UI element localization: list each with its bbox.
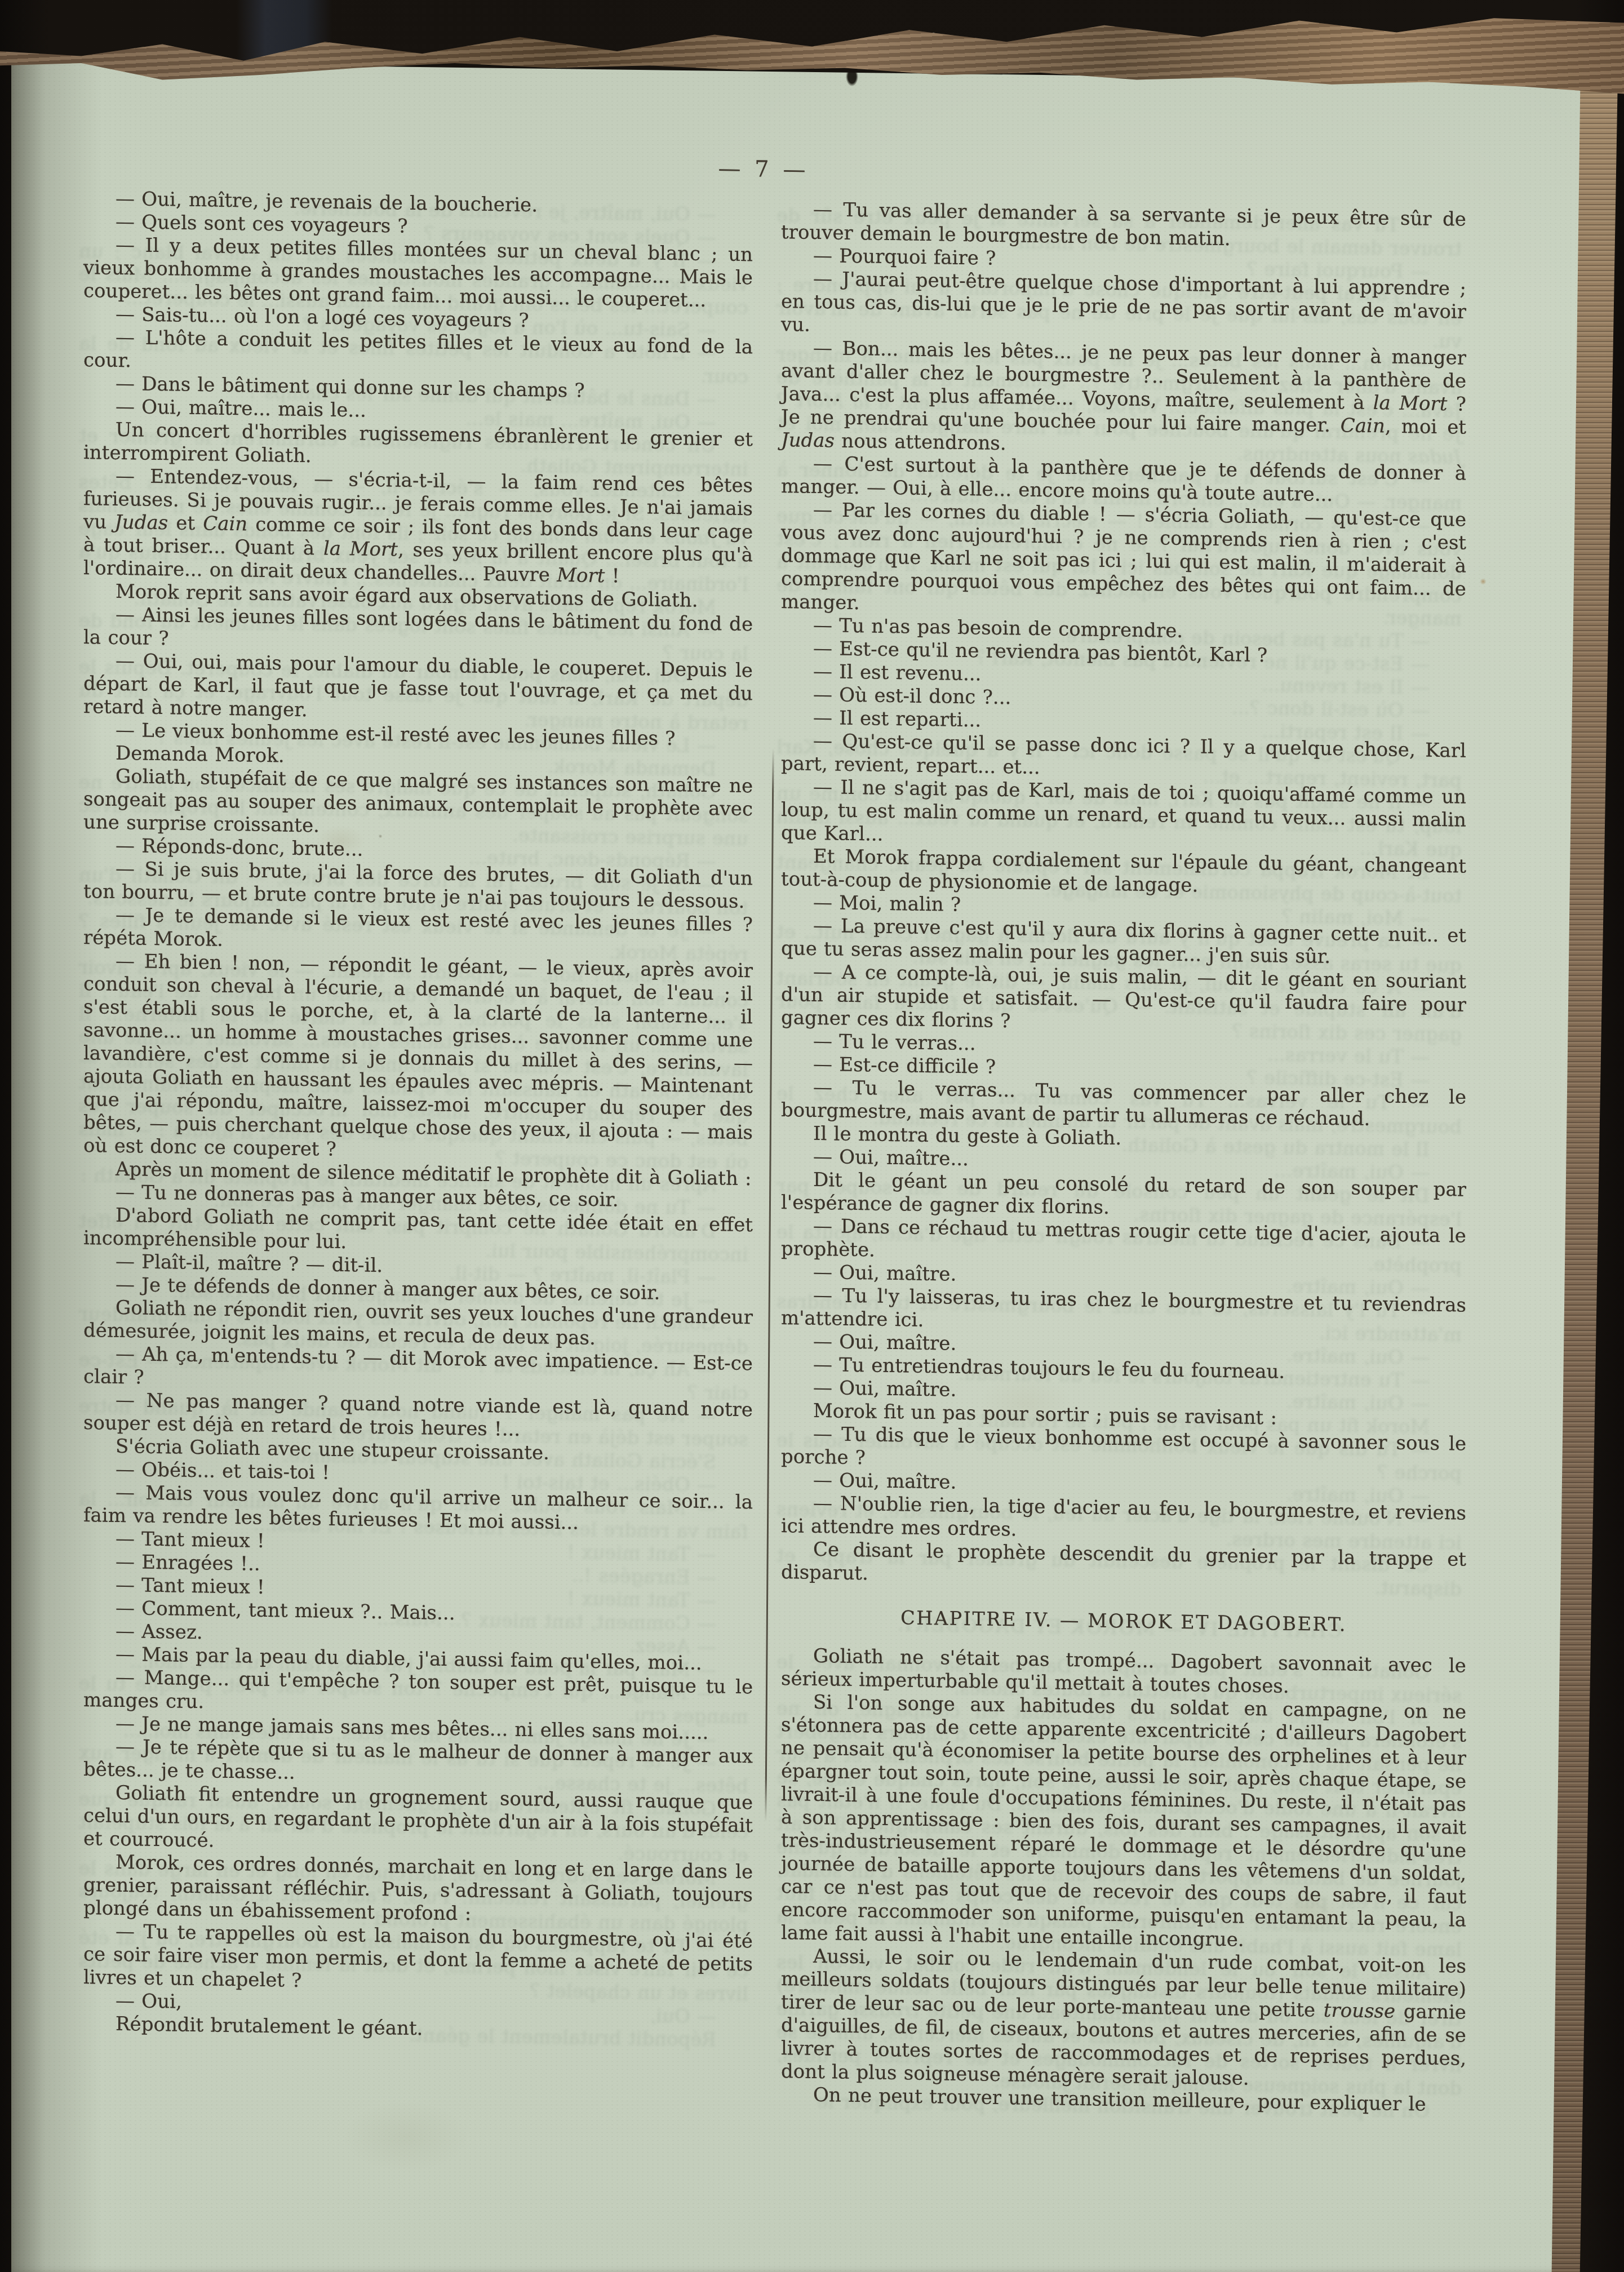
paragraph: — Entendez-vous, — s'écria-t-il, — la fa… xyxy=(83,464,753,590)
paragraph: — Eh bien ! non, — répondit le géant, — … xyxy=(83,949,753,1168)
text-column-right: — Tu vas aller demander à sa servante si… xyxy=(781,198,1466,2117)
paragraph: Goliath fit entendre un grognement sourd… xyxy=(83,1781,753,1861)
paragraph: — Bon... mais les bêtes... je ne peux pa… xyxy=(781,336,1466,463)
paragraph-group: — Tu vas aller demander à sa servante si… xyxy=(781,198,1466,1595)
paragraph-group: — Oui, maître, je revenais de la boucher… xyxy=(83,187,753,2045)
paragraph: — Par les cornes du diable ! — s'écria G… xyxy=(781,498,1466,624)
paragraph: — A ce compte-là, oui, je suis malin, — … xyxy=(781,960,1466,1040)
page-number: — 7 — xyxy=(11,145,1516,194)
paragraph: Aussi, le soir ou le lendemain d'un rude… xyxy=(781,1945,1466,2094)
paragraph: Morok, ces ordres donnés, marchait en lo… xyxy=(83,1851,753,1930)
paragraph: — J'aurai peut-être quelque chose d'impo… xyxy=(781,267,1466,347)
scanned-page: — 7 — — Oui, maître, je revenais de la b… xyxy=(11,52,1603,2272)
paragraph: — Oui, oui, mais pour l'amour du diable,… xyxy=(83,649,753,729)
paragraph: — Il ne s'agit pas de Karl, mais de toi … xyxy=(781,775,1466,855)
column-left-text-flow: — Oui, maître, je revenais de la boucher… xyxy=(83,187,753,2045)
page-content: — 7 — — Oui, maître, je revenais de la b… xyxy=(11,138,1603,162)
paragraph: Ce disant le prophète descendit du greni… xyxy=(781,1538,1466,1595)
paragraph: Goliath, stupéfait de ce que malgré ses … xyxy=(83,765,753,844)
column-divider-rule xyxy=(765,748,774,1822)
paragraph: — Il y a deux petites filles montées sur… xyxy=(83,233,753,313)
column-right-text-flow: — Tu vas aller demander à sa servante si… xyxy=(781,198,1466,2117)
paragraph: Si l'on songe aux habitudes du soldat en… xyxy=(781,1690,1466,1955)
paragraph: — Tu te rappelles où est la maison du bo… xyxy=(83,1920,753,1999)
paragraph-group: Goliath ne s'était pas trompé... Dagober… xyxy=(781,1644,1466,2117)
text-column-left: — Oui, maître, je revenais de la boucher… xyxy=(83,187,753,2045)
chapter-heading: CHAPITRE IV. — MOROK ET DAGOBERT. xyxy=(781,1604,1466,1638)
